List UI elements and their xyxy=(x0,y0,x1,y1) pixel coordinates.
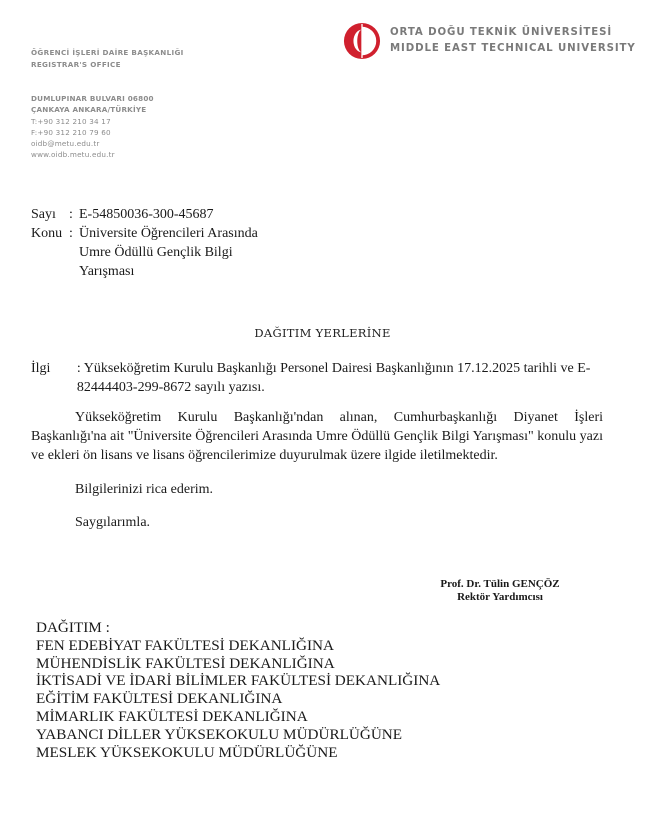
distribution-item: YABANCI DİLLER YÜKSEKOKULU MÜDÜRLÜĞÜNE xyxy=(36,726,440,744)
signatory-name: Prof. Dr. Tülin GENÇÖZ xyxy=(405,578,595,591)
office-name: ÖĞRENCİ İŞLERİ DAİRE BAŞKANLIĞI REGISTRA… xyxy=(31,47,184,71)
sayi-value: E-54850036-300-45687 xyxy=(79,205,214,224)
closing-request: Bilgilerinizi rica ederim. xyxy=(75,482,213,498)
konu-label: Konu xyxy=(31,224,69,281)
address-email[interactable]: oidb@metu.edu.tr xyxy=(31,138,154,149)
reference-label: İlgi xyxy=(31,359,77,397)
address-street: DUMLUPINAR BULVARI 06800 xyxy=(31,93,154,104)
university-name-en: MIDDLE EAST TECHNICAL UNIVERSITY xyxy=(390,41,636,57)
body-paragraph: Yükseköğretim Kurulu Başkanlığı'ndan alı… xyxy=(31,408,603,465)
distribution-item: İKTİSADİ VE İDARİ BİLİMLER FAKÜLTESİ DEK… xyxy=(36,672,440,690)
konu-line: Umre Ödüllü Gençlik Bilgi xyxy=(79,243,258,262)
konu-row: Konu : Üniversite Öğrencileri Arasında U… xyxy=(31,224,258,281)
address-website[interactable]: www.oidb.metu.edu.tr xyxy=(31,149,154,160)
address-fax: F:+90 312 210 79 60 xyxy=(31,127,154,138)
university-names: ORTA DOĞU TEKNİK ÜNİVERSİTESİ MIDDLE EAS… xyxy=(390,25,636,57)
university-name-tr: ORTA DOĞU TEKNİK ÜNİVERSİTESİ xyxy=(390,25,636,41)
distribution-item: FEN EDEBİYAT FAKÜLTESİ DEKANLIĞINA xyxy=(36,637,440,655)
konu-colon: : xyxy=(69,224,79,281)
university-header: ORTA DOĞU TEKNİK ÜNİVERSİTESİ MIDDLE EAS… xyxy=(343,22,636,60)
distribution-item: MİMARLIK FAKÜLTESİ DEKANLIĞINA xyxy=(36,708,440,726)
konu-line: Üniversite Öğrencileri Arasında xyxy=(79,224,258,243)
distribution-item: MÜHENDİSLİK FAKÜLTESİ DEKANLIĞINA xyxy=(36,655,440,673)
sayi-colon: : xyxy=(69,205,79,224)
konu-line: Yarışması xyxy=(79,262,258,281)
address-phone: T:+90 312 210 34 17 xyxy=(31,116,154,127)
closing-regards: Saygılarımla. xyxy=(75,515,150,531)
document-meta: Sayı : E-54850036-300-45687 Konu : Ünive… xyxy=(31,205,258,281)
distribution-list: DAĞITIM : FEN EDEBİYAT FAKÜLTESİ DEKANLI… xyxy=(36,619,440,761)
signatory-title: Rektör Yardımcısı xyxy=(405,591,595,604)
sayi-label: Sayı xyxy=(31,205,69,224)
office-name-en: REGISTRAR'S OFFICE xyxy=(31,59,184,71)
recipients-heading: DAĞITIM YERLERİNE xyxy=(0,326,645,340)
konu-value: Üniversite Öğrencileri Arasında Umre Ödü… xyxy=(79,224,258,281)
office-name-tr: ÖĞRENCİ İŞLERİ DAİRE BAŞKANLIĞI xyxy=(31,47,184,59)
signature-block: Prof. Dr. Tülin GENÇÖZ Rektör Yardımcısı xyxy=(405,578,595,604)
distribution-title: DAĞITIM : xyxy=(36,619,440,637)
distribution-item: MESLEK YÜKSEKOKULU MÜDÜRLÜĞÜNE xyxy=(36,744,440,762)
metu-logo-icon xyxy=(343,22,381,60)
sayi-row: Sayı : E-54850036-300-45687 xyxy=(31,205,258,224)
distribution-item: EĞİTİM FAKÜLTESİ DEKANLIĞINA xyxy=(36,690,440,708)
address-city: ÇANKAYA ANKARA/TÜRKİYE xyxy=(31,104,154,115)
address-block: DUMLUPINAR BULVARI 06800 ÇANKAYA ANKARA/… xyxy=(31,93,154,161)
reference-text: : Yükseköğretim Kurulu Başkanlığı Person… xyxy=(77,359,591,397)
reference-block: İlgi : Yükseköğretim Kurulu Başkanlığı P… xyxy=(31,359,591,397)
